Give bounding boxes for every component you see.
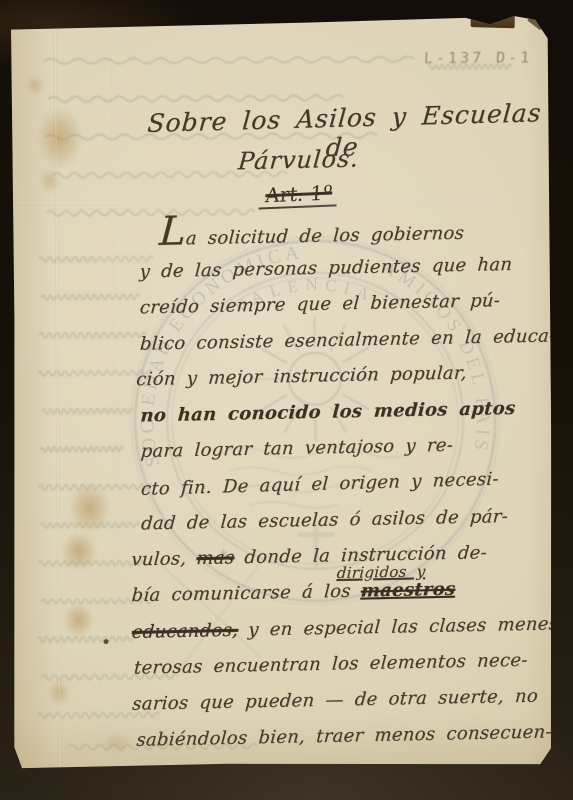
manuscript-line-1: La solicitud de los gobiernos <box>158 217 465 253</box>
line12-struck-word: educandos, <box>131 620 239 643</box>
line11-prefix: bía comunicarse á los <box>131 581 352 606</box>
foxing-stain <box>69 483 111 533</box>
line10-struck-word: mas <box>196 547 235 569</box>
corner-tape-residue <box>471 12 515 28</box>
ink-speck <box>104 639 109 644</box>
line11-inserted-word: dirigidos y <box>336 562 426 582</box>
foxing-stain <box>63 603 93 637</box>
line10-prefix: vulos, <box>131 548 188 570</box>
foxing-stain <box>36 106 82 170</box>
foxing-stain <box>26 75 44 95</box>
photo-mat-background: SOCIEDAD ECONOMICA AMIGOS DEL PAIS VALEN… <box>0 0 573 800</box>
line11-struck-word: maestros <box>360 579 456 602</box>
foxing-stain <box>61 531 97 571</box>
manuscript-line-7: para lograr tan ventajoso y re- <box>139 435 453 471</box>
manuscript-page: SOCIEDAD ECONOMICA AMIGOS DEL PAIS VALEN… <box>8 14 555 769</box>
catalog-stamp: L-137 D-1 <box>423 48 532 67</box>
